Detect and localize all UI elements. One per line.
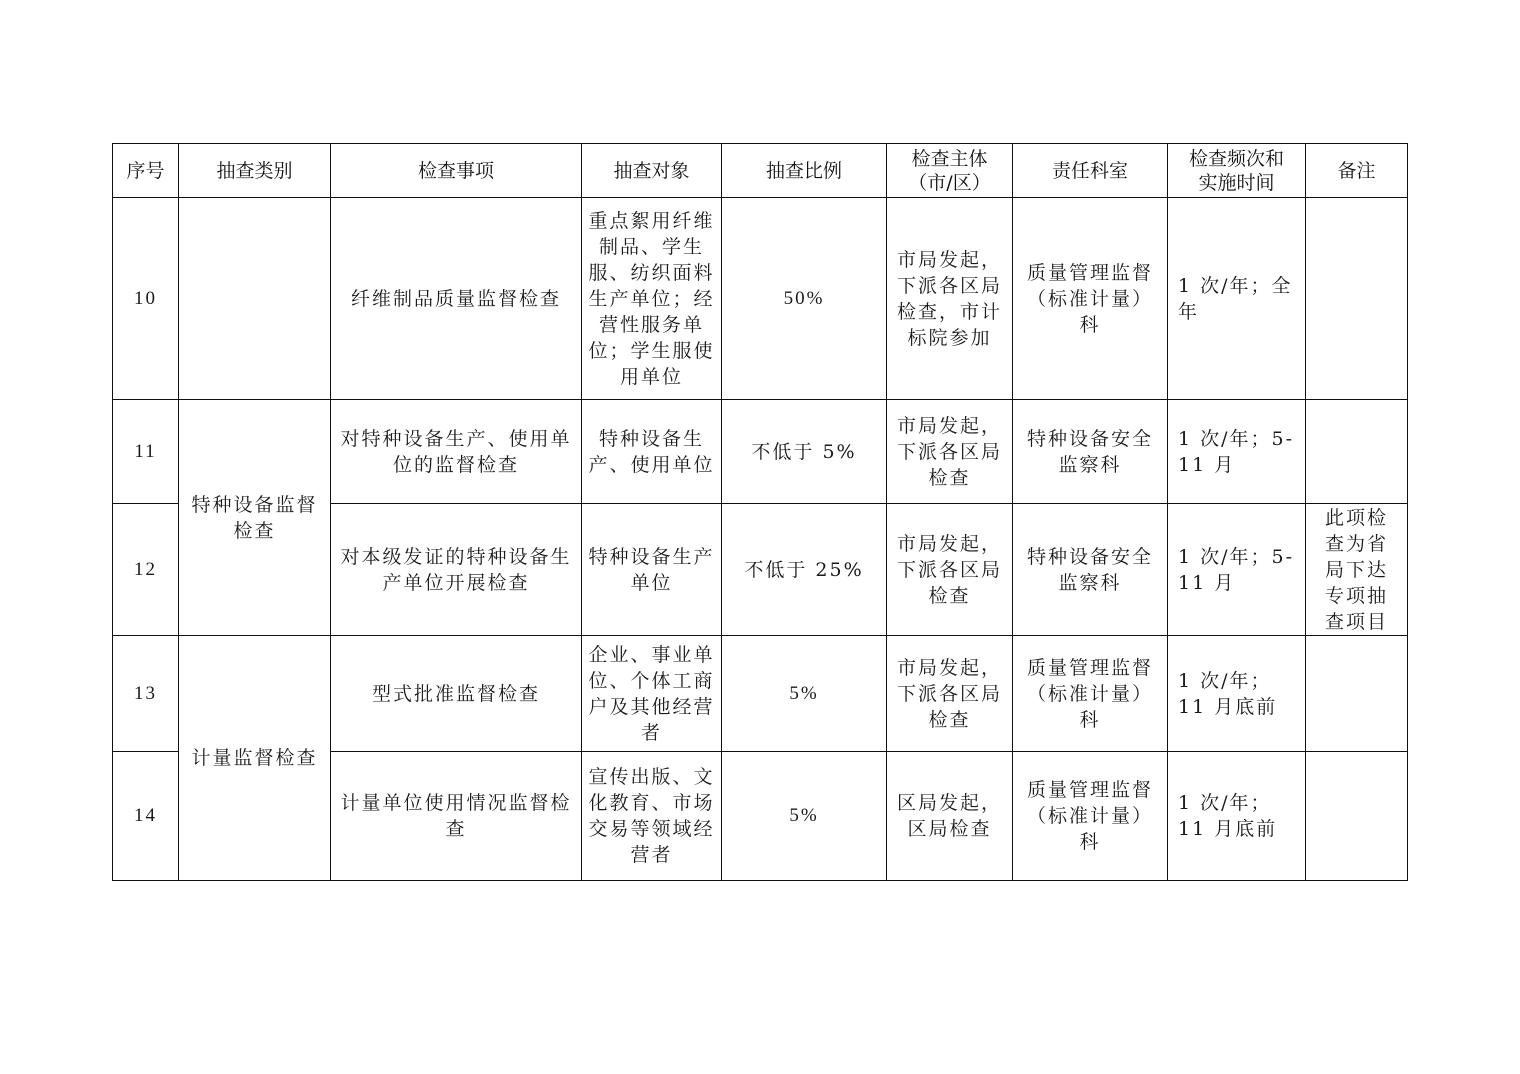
cell-target: 宣传出版、文化教育、市场交易等领域经营者 — [582, 752, 722, 881]
cell-no: 14 — [113, 752, 179, 881]
cell-dept: 质量管理监督（标准计量）科 — [1013, 752, 1168, 881]
header-dept: 责任科室 — [1013, 144, 1168, 198]
cell-note — [1306, 400, 1408, 504]
cell-ratio: 5% — [722, 636, 887, 752]
cell-freq: 1 次/年；11 月底前 — [1168, 636, 1306, 752]
cell-category-metrology: 计量监督检查 — [179, 636, 331, 881]
table-row: 13 计量监督检查 型式批准监督检查 企业、事业单位、个体工商户及其他经营者 5… — [113, 636, 1408, 752]
header-no: 序号 — [113, 144, 179, 198]
header-category: 抽查类别 — [179, 144, 331, 198]
header-ratio: 抽查比例 — [722, 144, 887, 198]
cell-note — [1306, 198, 1408, 400]
cell-note — [1306, 752, 1408, 881]
cell-item: 对特种设备生产、使用单位的监督检查 — [331, 400, 582, 504]
cell-category-special-equipment: 特种设备监督检查 — [179, 400, 331, 636]
cell-target: 企业、事业单位、个体工商户及其他经营者 — [582, 636, 722, 752]
cell-item: 计量单位使用情况监督检查 — [331, 752, 582, 881]
header-freq: 检查频次和 实施时间 — [1168, 144, 1306, 198]
header-note: 备注 — [1306, 144, 1408, 198]
header-subject-line1: 检查主体 — [893, 147, 1006, 171]
cell-note — [1306, 636, 1408, 752]
header-subject: 检查主体 （市/区） — [887, 144, 1013, 198]
header-freq-line1: 检查频次和 — [1174, 147, 1299, 171]
cell-no: 12 — [113, 504, 179, 636]
cell-freq: 1 次/年；11 月底前 — [1168, 752, 1306, 881]
table-row: 11 特种设备监督检查 对特种设备生产、使用单位的监督检查 特种设备生产、使用单… — [113, 400, 1408, 504]
cell-dept: 特种设备安全监察科 — [1013, 400, 1168, 504]
header-subject-line2: （市/区） — [893, 171, 1006, 195]
header-item: 检查事项 — [331, 144, 582, 198]
cell-freq: 1 次/年；全年 — [1168, 198, 1306, 400]
cell-item: 型式批准监督检查 — [331, 636, 582, 752]
cell-item: 对本级发证的特种设备生产单位开展检查 — [331, 504, 582, 636]
cell-category — [179, 198, 331, 400]
cell-item: 纤维制品质量监督检查 — [331, 198, 582, 400]
cell-subject: 区局发起，区局检查 — [887, 752, 1013, 881]
header-target: 抽查对象 — [582, 144, 722, 198]
cell-subject: 市局发起，下派各区局检查 — [887, 504, 1013, 636]
cell-note: 此项检查为省局下达专项抽查项目 — [1306, 504, 1408, 636]
cell-subject: 市局发起，下派各区局检查 — [887, 636, 1013, 752]
cell-target: 特种设备生产单位 — [582, 504, 722, 636]
cell-no: 10 — [113, 198, 179, 400]
cell-ratio: 不低于 25% — [722, 504, 887, 636]
cell-no: 11 — [113, 400, 179, 504]
inspection-table: 序号 抽查类别 检查事项 抽查对象 抽查比例 检查主体 （市/区） 责任科室 检… — [112, 143, 1408, 881]
cell-no: 13 — [113, 636, 179, 752]
header-row: 序号 抽查类别 检查事项 抽查对象 抽查比例 检查主体 （市/区） 责任科室 检… — [113, 144, 1408, 198]
header-freq-line2: 实施时间 — [1174, 171, 1299, 195]
cell-ratio: 50% — [722, 198, 887, 400]
cell-freq: 1 次/年；5-11 月 — [1168, 400, 1306, 504]
cell-dept: 质量管理监督（标准计量）科 — [1013, 636, 1168, 752]
cell-target: 特种设备生产、使用单位 — [582, 400, 722, 504]
table-row: 10 纤维制品质量监督检查 重点絮用纤维制品、学生服、纺织面料生产单位；经营性服… — [113, 198, 1408, 400]
cell-subject: 市局发起，下派各区局检查 — [887, 400, 1013, 504]
cell-dept: 质量管理监督（标准计量）科 — [1013, 198, 1168, 400]
cell-ratio: 5% — [722, 752, 887, 881]
cell-dept: 特种设备安全监察科 — [1013, 504, 1168, 636]
cell-subject: 市局发起，下派各区局检查，市计标院参加 — [887, 198, 1013, 400]
cell-ratio: 不低于 5% — [722, 400, 887, 504]
cell-freq: 1 次/年；5-11 月 — [1168, 504, 1306, 636]
cell-target: 重点絮用纤维制品、学生服、纺织面料生产单位；经营性服务单位；学生服使用单位 — [582, 198, 722, 400]
